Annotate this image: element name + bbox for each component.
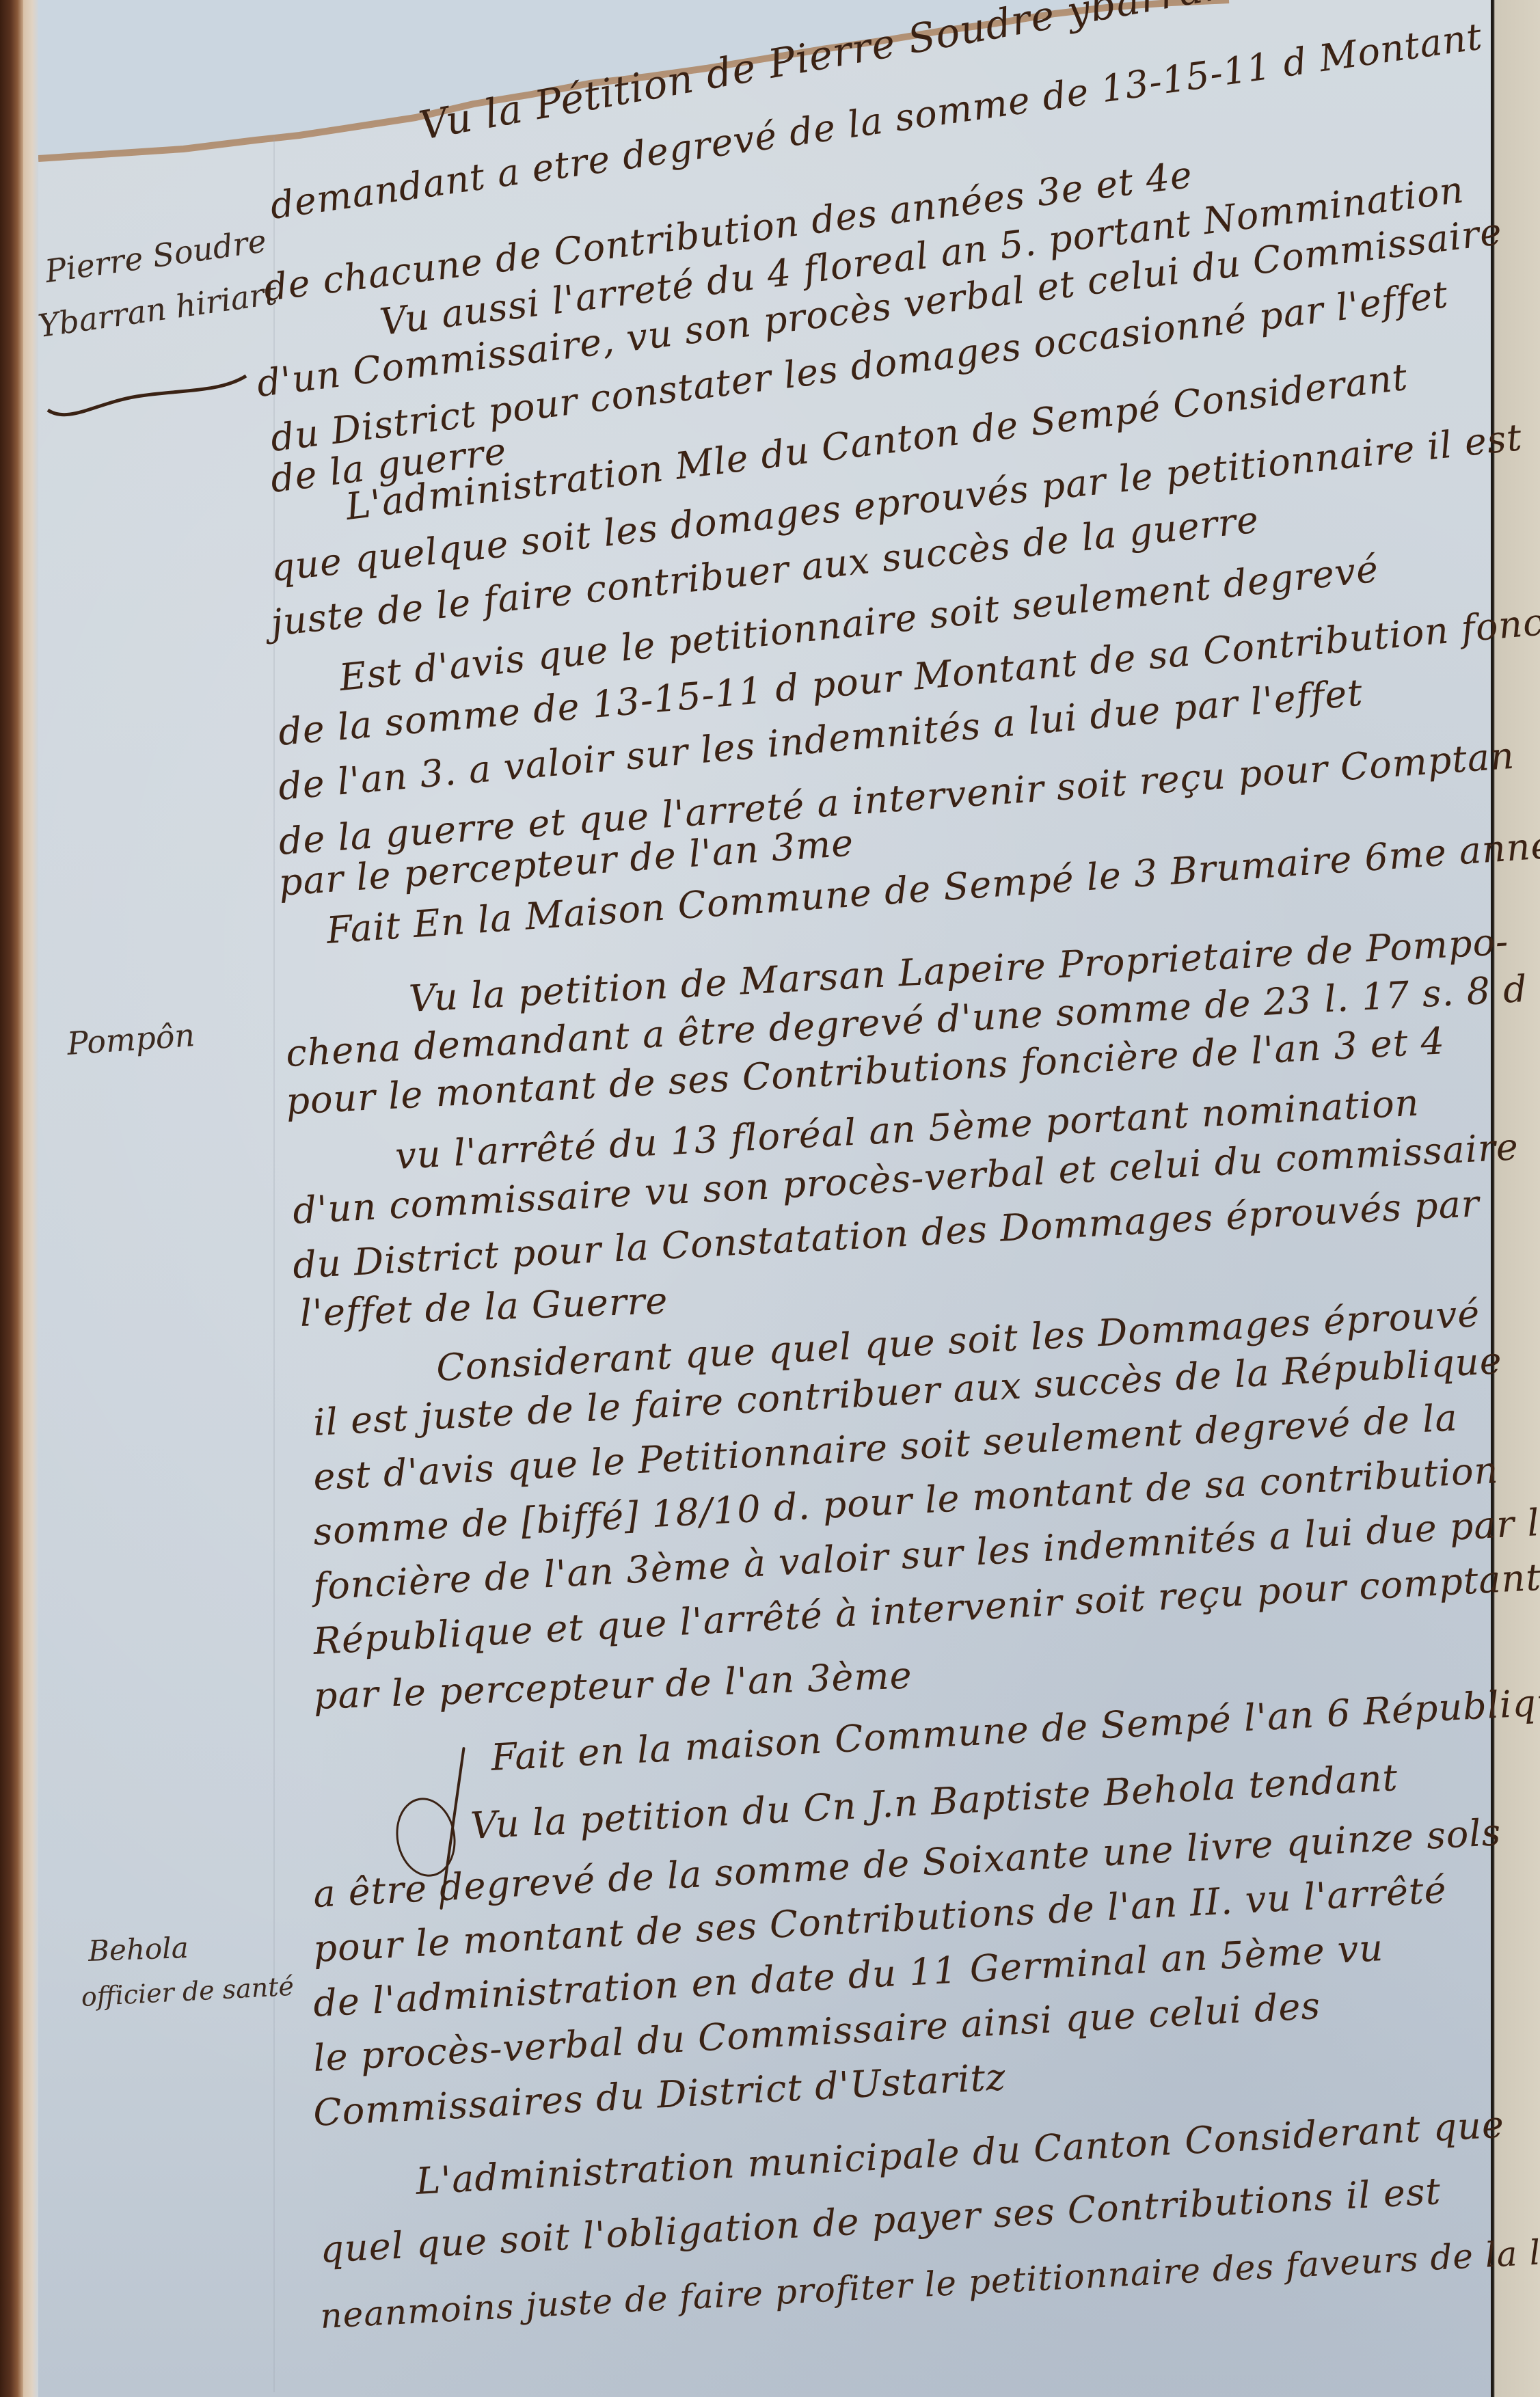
adjacent-page-edge (1491, 0, 1540, 2397)
margin-note-behola-1: Behola (87, 1931, 189, 1968)
book-binding (0, 0, 23, 2397)
document-photo: Pierre Soudre Ybarran hiriart Pompôn Beh… (0, 0, 1540, 2397)
page-edge (23, 0, 38, 2397)
flourish-icon (41, 369, 260, 424)
